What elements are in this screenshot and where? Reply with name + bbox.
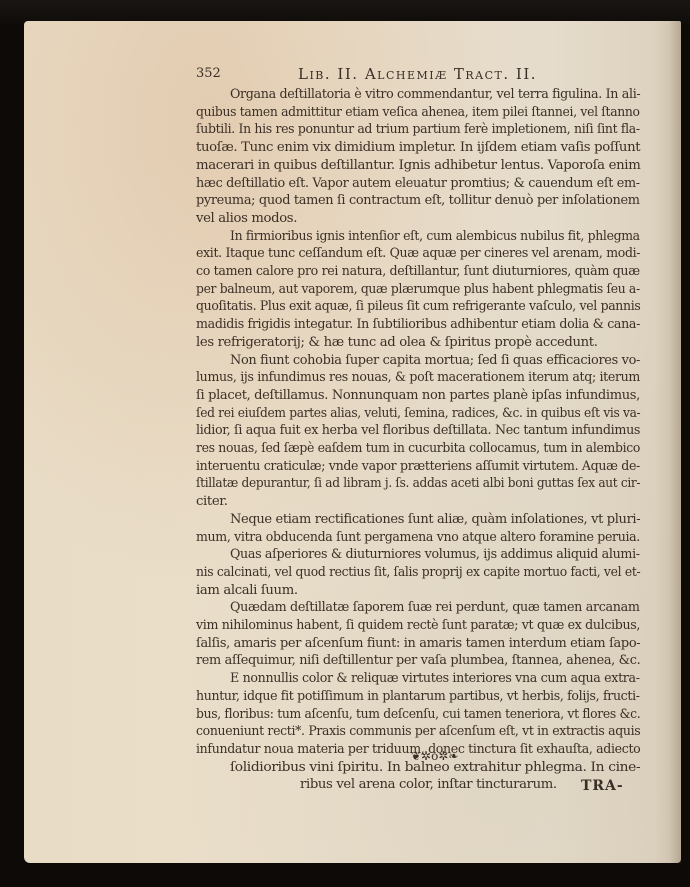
- text-line: interuentu craticulæ; vnde vapor prætter…: [196, 458, 640, 475]
- text-line: quibus tamen admittitur etiam veſica ahe…: [196, 104, 640, 121]
- text-line: nis calcinati, vel quod rectius ſit, ſal…: [196, 564, 640, 581]
- text-line: bus, floribus: tum aſcenſu, tum deſcenſu…: [196, 706, 640, 723]
- text-line: Neque etiam rectificationes ſunt aliæ, q…: [230, 511, 640, 528]
- page-number: 352: [196, 66, 221, 81]
- text-line: lumus, ijs infundimus res nouas, & poſt …: [196, 369, 640, 386]
- catchword: TRA-: [581, 778, 624, 794]
- text-line: lidior, ſi aqua fuit ex herba vel florib…: [196, 422, 640, 439]
- text-line: co tamen calore pro rei natura, deſtilla…: [196, 263, 640, 280]
- text-line: citer.: [196, 493, 228, 510]
- text-line: ſi placet, deſtillamus. Nonnunquam non p…: [196, 387, 640, 404]
- book-page: 352 Lib. II. Alchemiæ Tract. II. Organa …: [24, 21, 681, 863]
- text-line: madidis frigidis integatur. In ſubtilior…: [196, 316, 640, 333]
- text-line: Non fiunt cohobia ſuper capita mortua; ſ…: [230, 352, 640, 369]
- text-line: In firmioribus ignis intenſior eſt, cum …: [230, 228, 640, 245]
- text-line: Quædam deſtillatæ ſaporem ſuæ rei perdun…: [230, 599, 640, 616]
- text-line: mum, vitra obducenda ſunt pergamena vno …: [196, 529, 640, 546]
- text-line: ſtillatæ depurantur, ſi ad libram j. ſs.…: [196, 475, 640, 492]
- text-line: E nonnullis color & reliquæ virtutes int…: [230, 670, 640, 687]
- text-line: iam alcali ſuum.: [196, 582, 298, 599]
- text-line: les refrigeratorij; & hæ tunc ad olea & …: [196, 334, 598, 351]
- text-line: per balneum, aut vaporem, quæ plærumque …: [196, 281, 640, 298]
- text-line: ſed rei eiuſdem partes alias, veluti, ſe…: [196, 405, 640, 422]
- text-line: huntur, idque fit potiſſimum in plantaru…: [196, 688, 640, 705]
- text-line: rem aſſequimur, niſi deſtillentur per va…: [196, 652, 640, 669]
- text-line: vim nihilominus habent, ſi quidem rectè …: [196, 617, 640, 634]
- text-line: macerari in quibus deſtillantur. Ignis a…: [196, 157, 640, 174]
- text-line: Organa deſtillatoria è vitro commendantu…: [230, 86, 640, 103]
- tailpiece-ornament: ❦✲o✲❧: [411, 749, 458, 763]
- text-line: Quas aſperiores & diuturniores volumus, …: [230, 546, 640, 563]
- running-title: Lib. II. Alchemiæ Tract. II.: [298, 65, 537, 83]
- text-line: res nouas, ſed ſæpè eaſdem tum in cucurb…: [196, 440, 640, 457]
- text-line: tuoſæ. Tunc enim vix dimidium impletur. …: [196, 139, 640, 156]
- text-line: vel alios modos.: [196, 210, 297, 227]
- text-line: conueniunt recti*. Praxis communis per a…: [196, 723, 640, 740]
- text-line: pyreuma; quod tamen ſi contractum eſt, t…: [196, 192, 640, 209]
- text-line: hæc deſtillatio eſt. Vapor autem eleuatu…: [196, 175, 640, 192]
- text-line: exit. Itaque tunc ceſſandum eſt. Quæ aqu…: [196, 245, 640, 262]
- text-line: quoſitatis. Plus exit aquæ, ſi pileus ſi…: [196, 298, 640, 315]
- text-line: ſalſis, amaris per aſcenſum fiunt: in am…: [196, 635, 640, 652]
- text-line: ribus vel arena color, inſtar tincturaru…: [300, 776, 557, 793]
- text-line: ſubtili. In his res ponuntur ad trium pa…: [196, 121, 640, 138]
